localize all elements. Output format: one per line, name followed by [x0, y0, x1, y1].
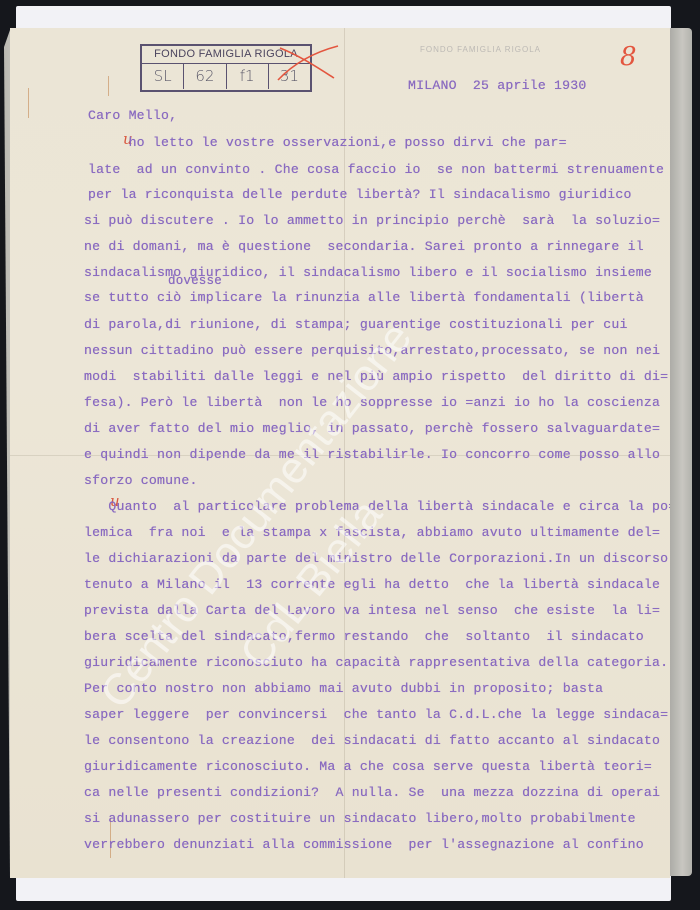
- text-line: giuridicamente riconosciuto. Ma a che co…: [84, 759, 652, 774]
- tissue-paper-right: [668, 28, 692, 876]
- text-line: di parola,di riunione, di stampa; guaren…: [84, 317, 628, 332]
- archive-stamp-cell: f1: [227, 64, 269, 89]
- page-number: 8: [620, 42, 637, 72]
- text-line: sforzo comune.: [84, 473, 198, 488]
- text-line: se tutto ciò implicare la rinunzia alle …: [84, 290, 644, 305]
- text-line: fesa). Però le libertà non le ho soppres…: [84, 395, 660, 410]
- salutation: Caro Mello,: [88, 108, 177, 123]
- text-line: tenuto a Milano il 13 corrente egli ha d…: [84, 577, 660, 592]
- text-line: giuridicamente riconosciuto ha capacità …: [84, 655, 668, 670]
- text-line: le consentono la creazione dei sindacati…: [84, 733, 660, 748]
- place-date: MILANO 25 aprile 1930: [408, 78, 587, 93]
- red-cross-mark-icon: [270, 42, 340, 82]
- text-line: le dichiarazioni da parte del ministro d…: [84, 551, 668, 566]
- text-line: ho letto le vostre osservazioni,e posso …: [88, 135, 567, 150]
- text-line: verrebbero denunziati alla commissione p…: [84, 837, 644, 852]
- stain-mark: [28, 88, 29, 118]
- text-line: modi stabiliti dalle leggi e nel più amp…: [84, 369, 668, 384]
- text-line: prevista dalla Carta del Lavoro va intes…: [84, 603, 660, 618]
- text-line: Quanto al particolare problema della lib…: [84, 499, 670, 514]
- text-line: Per conto nostro non abbiamo mai avuto d…: [84, 681, 603, 696]
- letter-page: FONDO FAMIGLIA RIGOLA SL 62 f1 31 FONDO …: [10, 28, 670, 878]
- text-line: late ad un convinto . Che cosa faccio io…: [88, 162, 664, 177]
- faint-stamp: FONDO FAMIGLIA RIGOLA: [420, 45, 541, 54]
- archive-stamp-cell: 62: [184, 64, 226, 89]
- text-line: ca nelle presenti condizioni? A nulla. S…: [84, 785, 660, 800]
- text-line: sindacalismo giuridico, il sindacalismo …: [84, 265, 652, 280]
- text-line: nessun cittadino può essere perquisito,a…: [84, 343, 660, 358]
- text-line: si può discutere . Io lo ammetto in prin…: [84, 213, 660, 228]
- text-line: saper leggere per convincersi che tanto …: [84, 707, 668, 722]
- text-line: lemica fra noi e la stampa x fascista, a…: [84, 525, 660, 540]
- text-line: bera scelta del sindacato,fermo restando…: [84, 629, 644, 644]
- stain-mark: [108, 76, 109, 96]
- text-line: per la riconquista delle perdute libertà…: [88, 187, 632, 202]
- text-line: ne di domani, ma è questione secondaria.…: [84, 239, 644, 254]
- archive-stamp-cell: SL: [142, 64, 184, 89]
- text-line: si adunassero per costituire un sindacat…: [84, 811, 636, 826]
- text-line: e quindi non dipende da me il ristabilir…: [84, 447, 660, 462]
- text-line: di aver fatto del mio meglio, in passato…: [84, 421, 660, 436]
